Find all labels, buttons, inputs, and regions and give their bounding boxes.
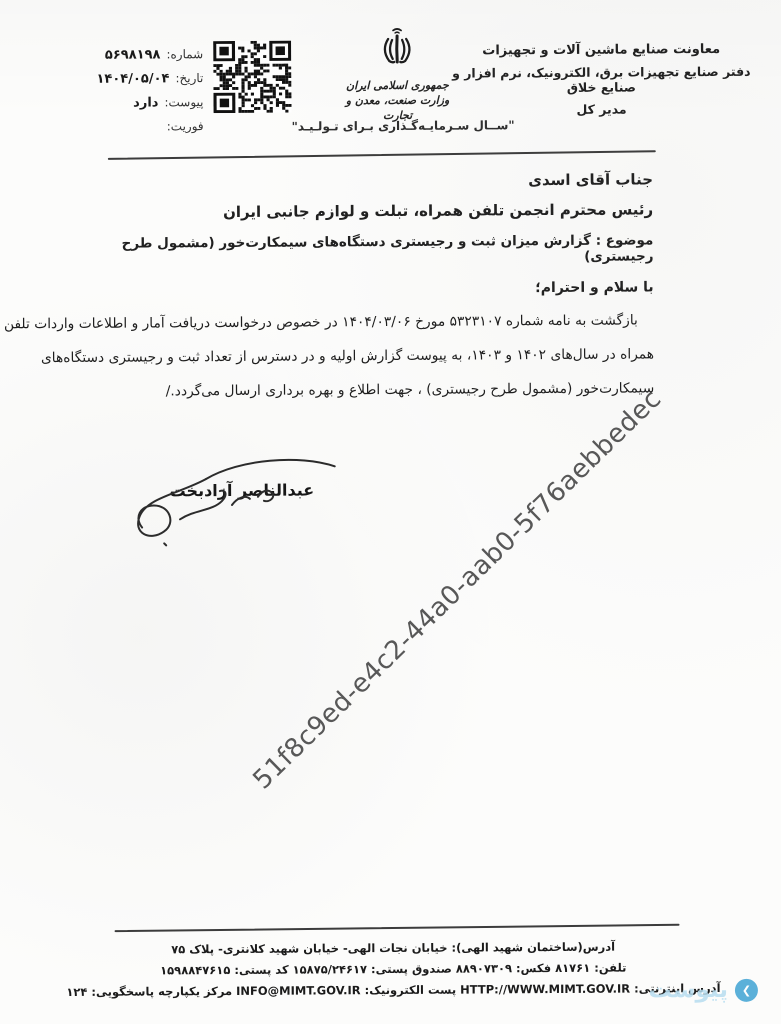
emblem-country-line: جمهوری اسلامی ایران bbox=[333, 78, 461, 94]
body-line: همراه در سال‌های ۱۴۰۲ و ۱۴۰۳، به پیوست گ… bbox=[82, 337, 654, 374]
body-line: بازگشت به نامه شماره ۵۳۲۳۱۰۷ مورخ ۱۴۰۴/۰… bbox=[82, 303, 654, 340]
salutation: با سلام و احترام؛ bbox=[535, 279, 654, 296]
year-slogan: "ســال سـرمایـه‌گـذاری بـرای تـولـیـد" bbox=[281, 118, 526, 133]
letter-date-row: تاریخ: ۱۴۰۴/۰۵/۰۴ bbox=[53, 71, 203, 87]
peyvast-logo-icon: ❯ bbox=[735, 978, 758, 1001]
letter-meta-fields: شماره: ۵۶۹۸۱۹۸ تاریخ: ۱۴۰۴/۰۵/۰۴ پیوست: … bbox=[53, 47, 204, 143]
number-value: ۵۶۹۸۱۹۸ bbox=[105, 47, 161, 62]
org-office-line: دفتر صنایع تجهیزات برق، الکترونیک، نرم ا… bbox=[446, 64, 756, 96]
attachment-row: پیوست: دارد bbox=[53, 95, 203, 111]
peyvast-logo-text: پیوست bbox=[648, 977, 728, 1003]
body-line: سیمکارت‌خور (مشمول طرح رجیستری) ، جهت اط… bbox=[82, 371, 654, 408]
letter-body: بازگشت به نامه شماره ۵۳۲۳۱۰۷ مورخ ۱۴۰۴/۰… bbox=[82, 303, 655, 408]
qr-code bbox=[213, 41, 291, 113]
footer-contact-line: تلفن: ۸۱۷۶۱ فکس: ۸۸۹۰۷۳۰۹ صندوق پستی: ۱۵… bbox=[63, 960, 724, 978]
footer-divider bbox=[115, 924, 680, 932]
attachment-label: پیوست: bbox=[164, 95, 203, 109]
diagonal-watermark: 51f8c9ed-e4c2-44a0-aab0-5f76aebbedec bbox=[232, 369, 682, 810]
recipient-block: جناب آقای اسدی رئیس محترم انجمن تلفن همر… bbox=[83, 170, 654, 267]
footer-online-line: آدرس اینترنتی: HTTP://WWW.MIMT.GOV.IR پس… bbox=[63, 981, 724, 999]
urgency-row: فوریت: bbox=[54, 119, 204, 134]
urgency-label: فوریت: bbox=[167, 119, 204, 133]
iran-national-emblem-icon bbox=[371, 59, 423, 78]
org-role-line: مدیر کل bbox=[447, 101, 757, 118]
peyvast-logo: ❯ پیوست bbox=[648, 977, 758, 1004]
footer-address-line: آدرس(ساختمان شهید الهی): خیابان نجات اله… bbox=[63, 939, 724, 957]
org-deputy-line: معاونت صنایع ماشین آلات و تجهیزات bbox=[446, 42, 756, 59]
emblem-block: جمهوری اسلامی ایران وزارت صنعت، معدن و ت… bbox=[333, 24, 462, 124]
scanned-letter-page: شماره: ۵۶۹۸۱۹۸ تاریخ: ۱۴۰۴/۰۵/۰۴ پیوست: … bbox=[0, 0, 781, 1024]
recipient-name: جناب آقای اسدی bbox=[83, 170, 653, 191]
number-label: شماره: bbox=[166, 47, 203, 61]
handwritten-signature-icon bbox=[110, 452, 341, 553]
date-value: ۱۴۰۴/۰۵/۰۴ bbox=[96, 71, 169, 86]
signature-block: عبدالناصر آزادبخت bbox=[92, 452, 343, 554]
footer-block: آدرس(ساختمان شهید الهی): خیابان نجات اله… bbox=[63, 939, 724, 1006]
recipient-title: رئیس محترم انجمن تلفن همراه، تبلت و لواز… bbox=[83, 200, 653, 221]
attachment-value: دارد bbox=[133, 95, 158, 110]
date-label: تاریخ: bbox=[175, 71, 203, 85]
org-block: معاونت صنایع ماشین آلات و تجهیزات دفتر ص… bbox=[446, 42, 756, 118]
letter-number-row: شماره: ۵۶۹۸۱۹۸ bbox=[53, 47, 203, 63]
header-divider bbox=[108, 150, 656, 160]
letter-subject: موضوع : گزارش میزان ثبت و رجیستری دستگاه… bbox=[83, 232, 653, 267]
